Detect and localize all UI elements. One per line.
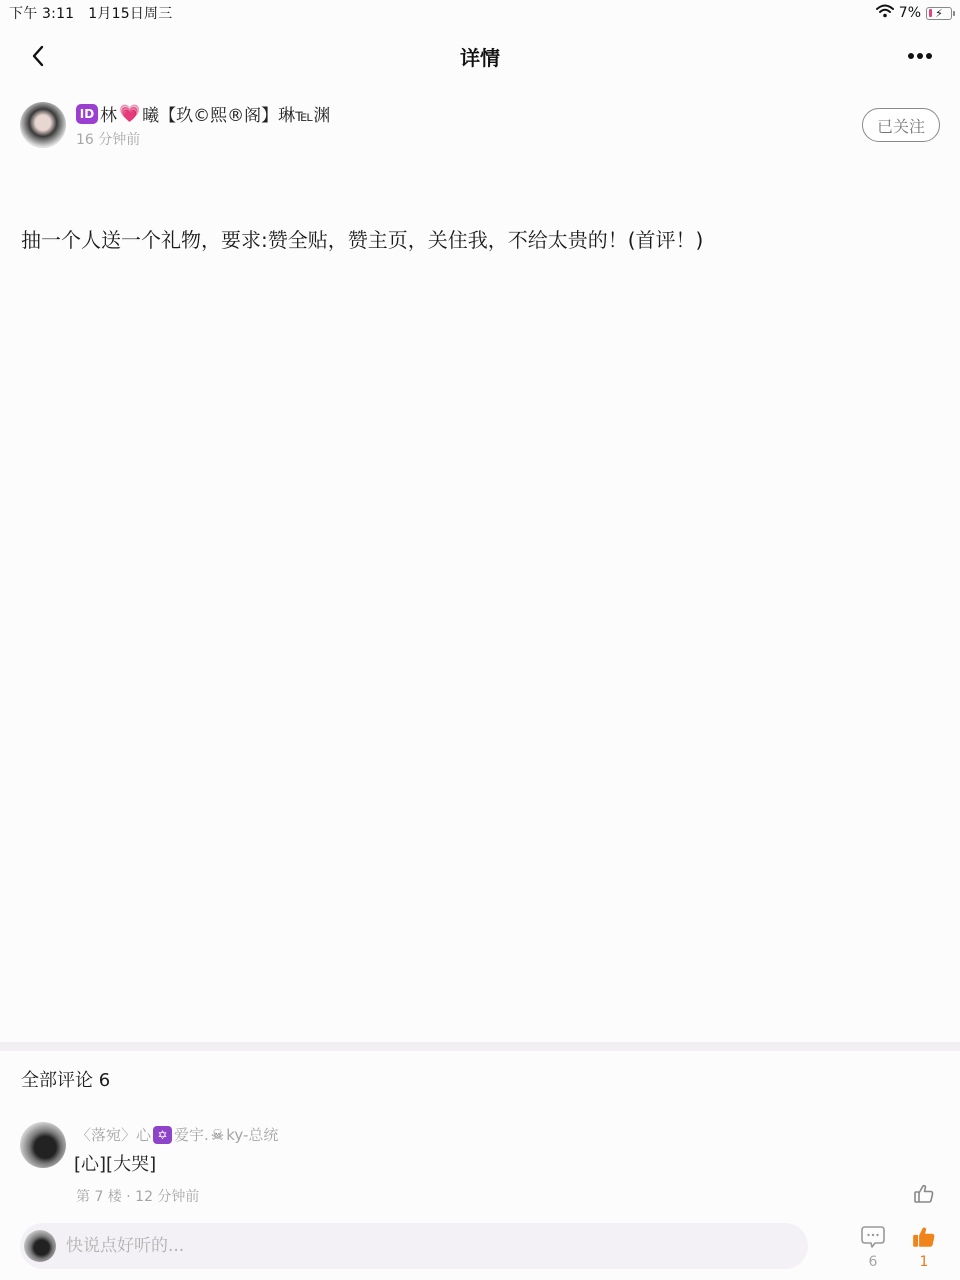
more-dot: [926, 53, 932, 59]
comment-bubble-icon: [860, 1224, 886, 1250]
current-user-avatar: [24, 1230, 56, 1262]
commenter-name[interactable]: 〈落宛〉心 ✡ 爱宇. ☠ ky-总统: [76, 1124, 278, 1145]
author-name-part1: 林: [100, 101, 117, 126]
id-badge-icon: ID: [76, 104, 98, 124]
author-name-part2: 曦【玖©熙®阁】琳℡渊: [142, 101, 330, 126]
page-title: 详情: [460, 42, 500, 71]
status-time: 下午 3:11: [9, 3, 74, 23]
post-content: 抽一个人送一个礼物，要求:赞全贴，赞主页，关住我，不给太贵的！(首评！): [21, 226, 940, 254]
author-info: ID 林 💗 曦【玖©熙®阁】琳℡渊 16 分钟前: [76, 101, 330, 149]
nav-bar: 详情: [0, 30, 960, 82]
star-of-david-icon: ✡: [153, 1126, 172, 1144]
commenter-name-part1: 〈落宛〉心: [76, 1124, 151, 1145]
comment-meta: 第 7 楼 · 12 分钟前: [76, 1186, 199, 1206]
follow-button[interactable]: 已关注: [862, 108, 940, 142]
more-dot: [917, 53, 923, 59]
thumbs-up-filled-icon: [911, 1224, 937, 1250]
like-count: 1: [920, 1254, 929, 1270]
author-header: ID 林 💗 曦【玖©熙®阁】琳℡渊 16 分钟前 已关注: [20, 100, 940, 150]
comment-text: [心][大哭]: [74, 1150, 156, 1176]
author-name[interactable]: ID 林 💗 曦【玖©熙®阁】琳℡渊: [76, 101, 330, 126]
section-divider: [0, 1042, 960, 1051]
battery-percent: 7%: [899, 5, 921, 21]
comment-input-bar[interactable]: [20, 1223, 808, 1269]
chevron-left-icon: [31, 44, 45, 68]
battery-charging-icon: ⚡: [926, 7, 952, 20]
commenter-avatar[interactable]: [20, 1122, 66, 1168]
thumbs-up-outline-icon: [912, 1182, 936, 1206]
commenter-name-part3: ky-总统: [226, 1124, 278, 1145]
comment-item: 〈落宛〉心 ✡ 爱宇. ☠ ky-总统 [心][大哭] 第 7 楼 · 12 分…: [20, 1120, 940, 1210]
status-date: 1月15日周三: [88, 3, 172, 23]
comments-title: 全部评论 6: [21, 1066, 110, 1092]
comment-like-button[interactable]: [912, 1182, 936, 1206]
comment-count: 6: [869, 1254, 878, 1270]
post-time: 16 分钟前: [76, 129, 330, 149]
comments-button[interactable]: 6: [853, 1224, 893, 1274]
status-bar: 下午 3:11 1月15日周三 7% ⚡: [0, 0, 960, 26]
wifi-icon: [876, 4, 894, 22]
more-dots-icon: [908, 53, 914, 59]
back-button[interactable]: [26, 42, 50, 70]
comment-input[interactable]: [66, 1236, 766, 1256]
more-button[interactable]: [906, 44, 934, 68]
author-avatar[interactable]: [20, 102, 66, 148]
commenter-name-part2: 爱宇.: [174, 1124, 209, 1145]
heart-icon: 💗: [119, 104, 140, 124]
skull-icon: ☠: [211, 1126, 224, 1144]
like-button[interactable]: 1: [904, 1224, 944, 1274]
